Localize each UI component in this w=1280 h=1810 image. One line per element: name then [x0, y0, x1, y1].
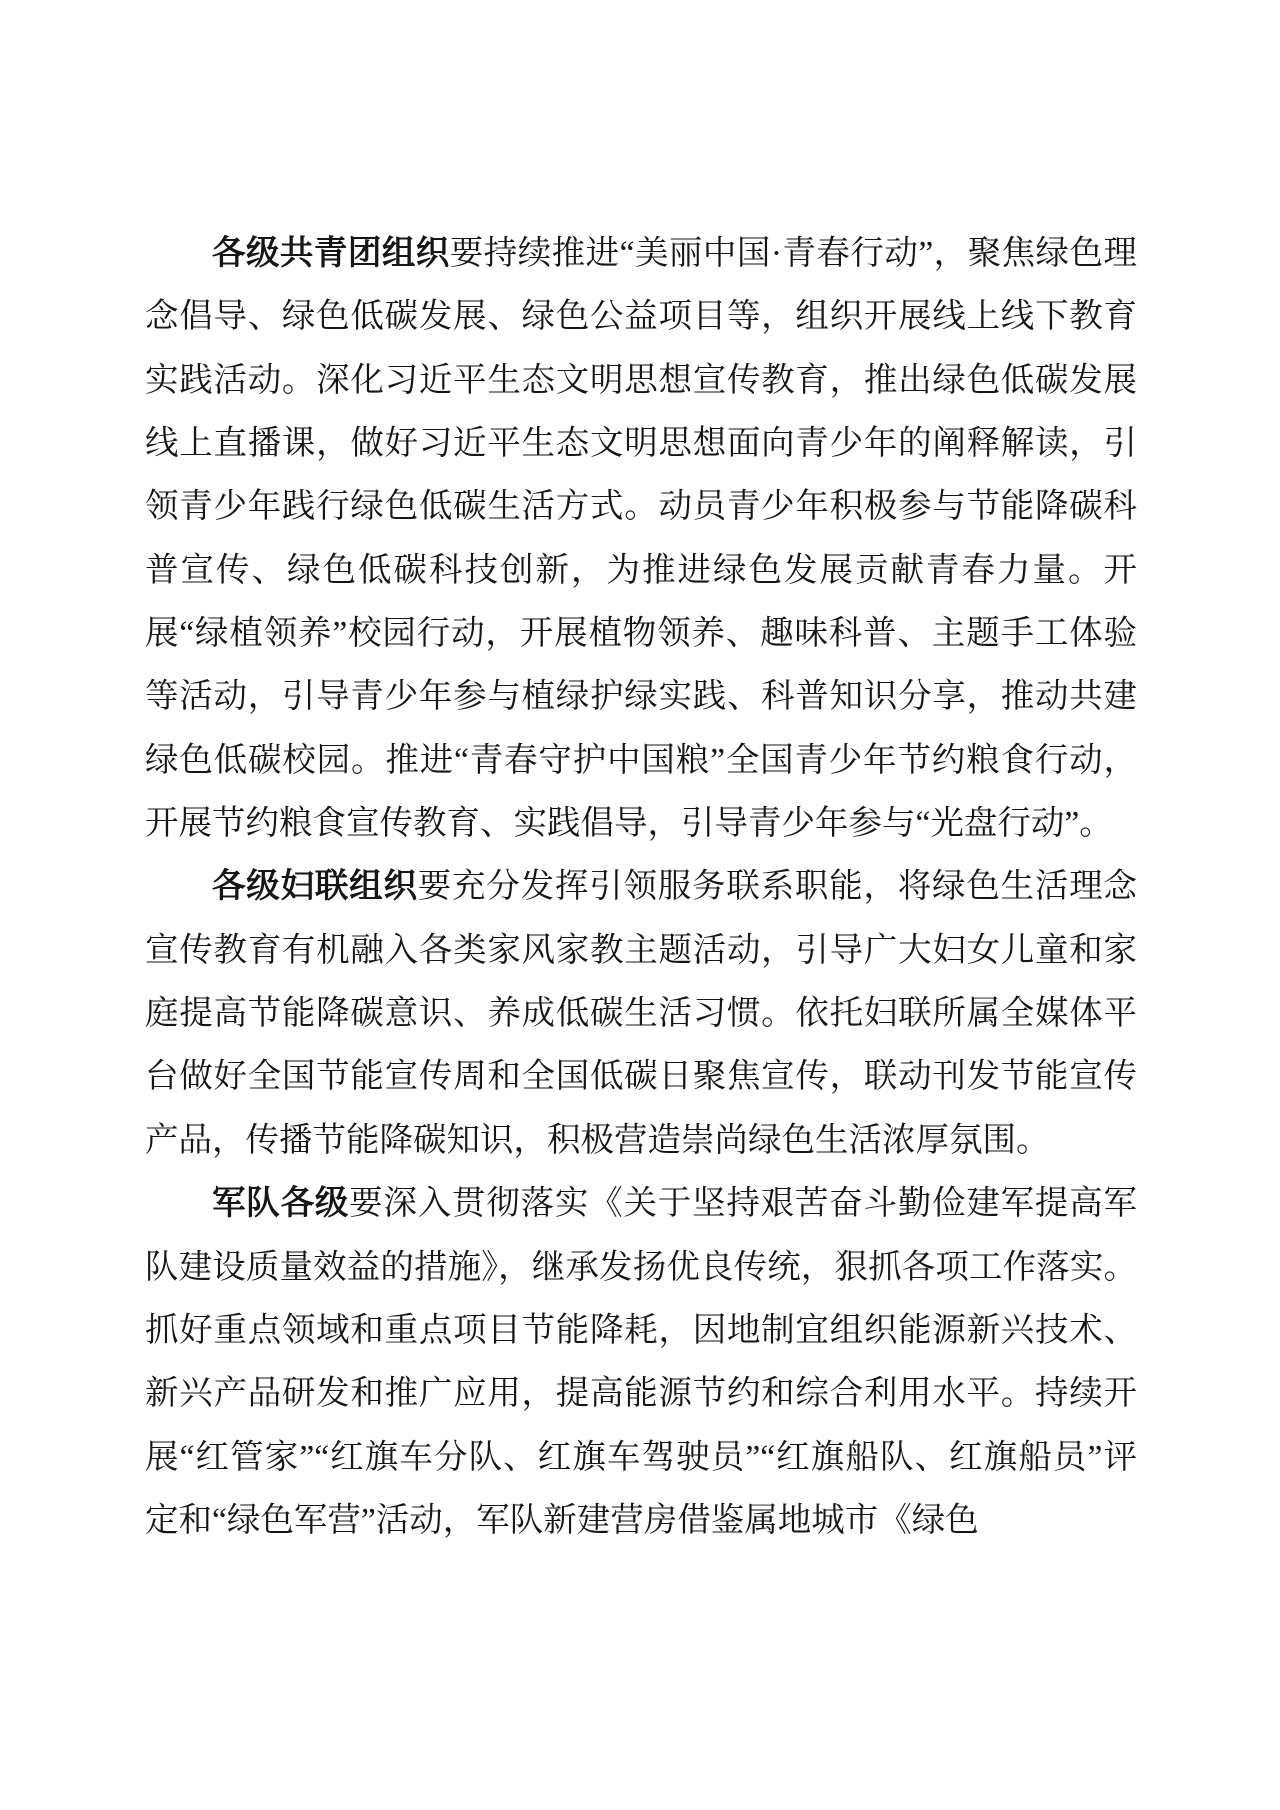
document-body: 各级共青团组织要持续推进“美丽中国·青春行动”，聚焦绿色理念倡导、绿色低碳发展、… [145, 222, 1137, 1552]
paragraph-lead: 各级妇联组织 [212, 868, 418, 905]
paragraph-text: 要持续推进“美丽中国·青春行动”，聚焦绿色理念倡导、绿色低碳发展、绿色公益项目等… [145, 235, 1137, 842]
paragraph-lead: 各级共青团组织 [212, 235, 450, 272]
paragraph-text: 要深入贯彻落实《关于坚持艰苦奋斗勤俭建军提高军队建设质量效益的措施》，继承发扬优… [145, 1185, 1137, 1539]
paragraph-youth-league: 各级共青团组织要持续推进“美丽中国·青春行动”，聚焦绿色理念倡导、绿色低碳发展、… [145, 222, 1137, 855]
paragraph-lead: 军队各级 [212, 1185, 349, 1222]
document-page: 各级共青团组织要持续推进“美丽中国·青春行动”，聚焦绿色理念倡导、绿色低碳发展、… [0, 0, 1280, 1810]
paragraph-text: 要充分发挥引领服务联系职能，将绿色生活理念宣传教育有机融入各类家风家教主题活动，… [145, 868, 1137, 1158]
paragraph-military: 军队各级要深入贯彻落实《关于坚持艰苦奋斗勤俭建军提高军队建设质量效益的措施》，继… [145, 1172, 1137, 1552]
paragraph-womens-federation: 各级妇联组织要充分发挥引领服务联系职能，将绿色生活理念宣传教育有机融入各类家风家… [145, 855, 1137, 1172]
